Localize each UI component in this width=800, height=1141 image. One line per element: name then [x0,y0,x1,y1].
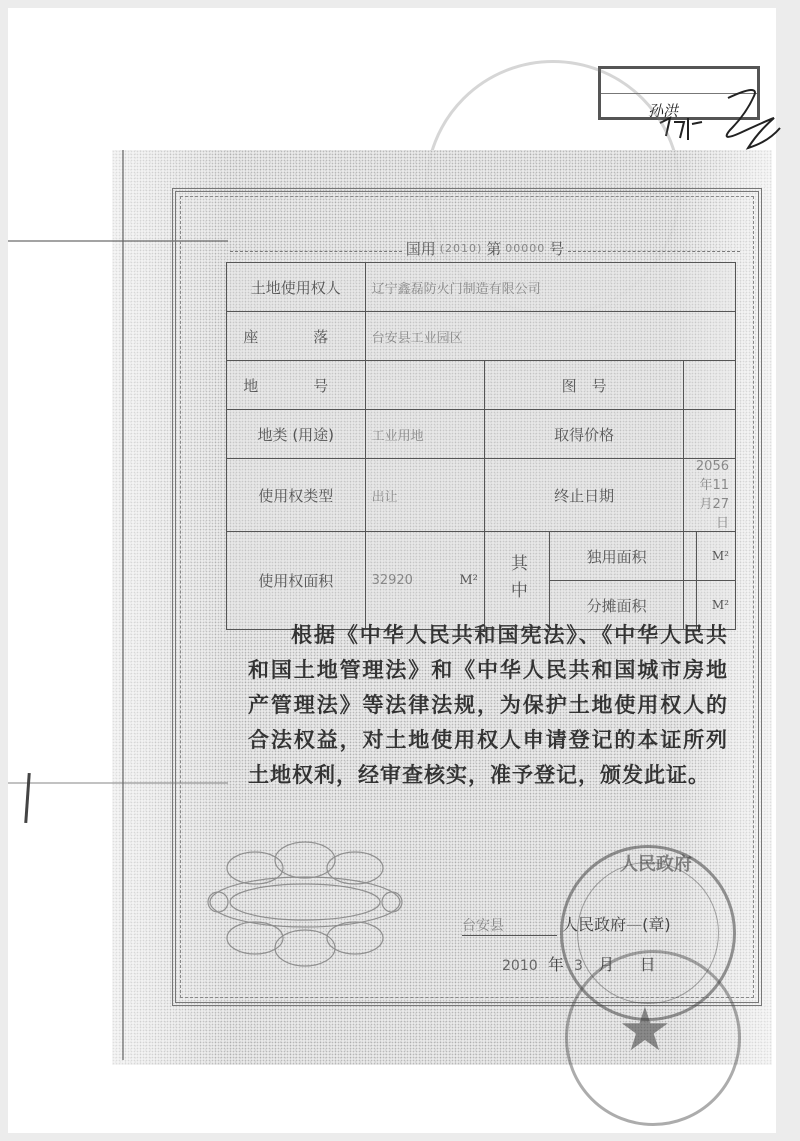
exclusive-area-unit: M² [697,532,736,581]
of-which-text: 其中 [504,554,530,608]
land-registration-table: 土地使用权人 辽宁鑫磊防火门制造有限公司 座 落 台安县工业园区 地 号 图 号… [226,262,736,630]
end-date-value: 2056年11月27日 [684,459,736,532]
ornamental-emblem [200,830,410,975]
issue-year: 2010 [502,958,538,974]
acquisition-price-value [684,410,736,459]
owner-label: 土地使用权人 [227,263,366,312]
table-row-owner: 土地使用权人 辽宁鑫磊防火门制造有限公司 [227,263,736,312]
legal-statement-text: 根据《中华人民共和国宪法》、《中华人民共和国土地管理法》和《中华人民共和国城市房… [248,623,728,787]
area-unit: M² [459,573,478,588]
location-value: 台安县工业园区 [365,312,735,361]
owner-value: 辽宁鑫磊防火门制造有限公司 [365,263,735,312]
area-label: 使用权面积 [227,532,366,630]
exclusive-area-value [684,532,697,581]
table-row-area: 使用权面积 32920 M² 其中 独用面积 M² [227,532,736,581]
legal-statement: 根据《中华人民共和国宪法》、《中华人民共和国土地管理法》和《中华人民共和国城市房… [248,618,728,793]
seal-text: 人民政府 [620,850,692,876]
location-label: 座 落 [227,312,366,361]
table-row-right-type: 使用权类型 出让 终止日期 2056年11月27日 [227,459,736,532]
fold-line-vertical [122,150,124,1060]
exclusive-area-label: 独用面积 [549,532,684,581]
land-number-label: 地 号 [227,361,366,410]
land-type-value: 工业用地 [365,410,484,459]
acquisition-price-label: 取得价格 [484,410,684,459]
table-row-land-type: 地类 (用途) 工业用地 取得价格 [227,410,736,459]
map-number-value [684,361,736,410]
right-type-value: 出让 [365,459,484,532]
land-number-value [365,361,484,410]
star-icon: ★ [618,1000,672,1060]
certificate-number: 国用 (2010) 第 00000 号 [230,238,740,259]
area-cell: 32920 M² [365,532,484,630]
issuer-county: 台安县 [462,915,557,936]
end-date-label: 终止日期 [484,459,684,532]
table-row-location: 座 落 台安县工业园区 [227,312,736,361]
land-type-label: 地类 (用途) [227,410,366,459]
area-value: 32920 [372,573,413,588]
right-type-label: 使用权类型 [227,459,366,532]
table-row-land-number: 地 号 图 号 [227,361,736,410]
of-which-label: 其中 [484,532,549,630]
map-number-label: 图 号 [484,361,684,410]
